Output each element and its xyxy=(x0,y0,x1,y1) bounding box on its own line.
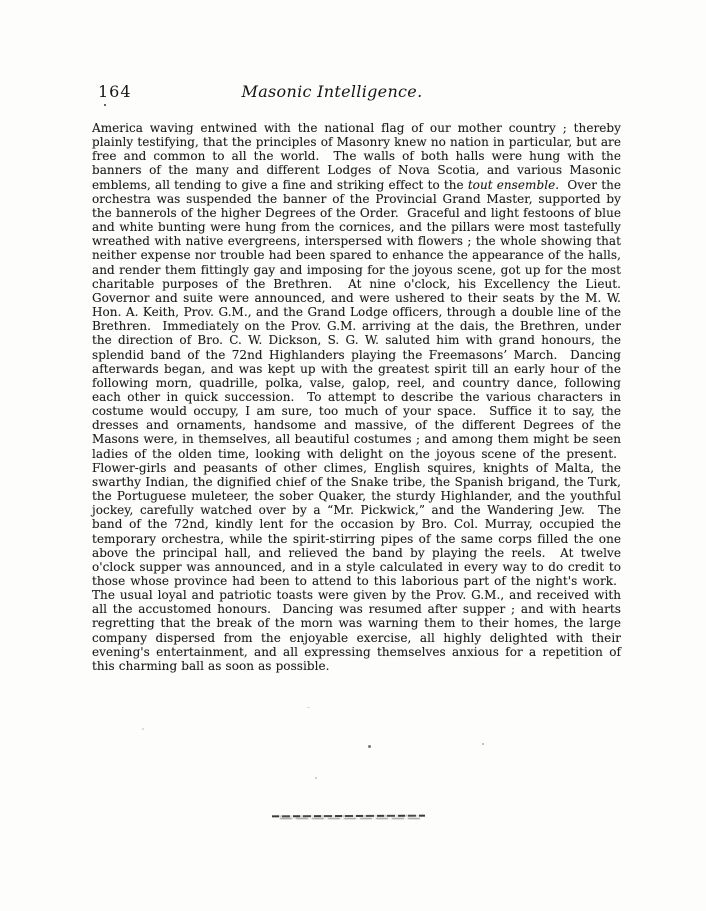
scan-speck xyxy=(315,777,317,779)
scan-speck xyxy=(368,745,371,748)
scan-speck xyxy=(307,707,310,708)
page-header: 164 Masonic Intelligence. xyxy=(92,82,620,104)
body-text-italic-phrase: tout ensemble. xyxy=(468,178,559,192)
page-number: 164 xyxy=(98,82,132,101)
page-title: Masonic Intelligence. xyxy=(242,82,423,101)
ink-speck xyxy=(104,104,106,106)
document-page: 164 Masonic Intelligence. America waving… xyxy=(0,0,706,911)
scan-speck xyxy=(482,743,484,745)
printers-rule xyxy=(272,815,425,818)
printers-rule-shadow xyxy=(280,818,420,819)
article-body: America waving entwined with the nationa… xyxy=(92,121,621,673)
body-text-part2: Over the orchestra was suspended the ban… xyxy=(92,178,621,673)
scan-speck xyxy=(142,728,144,730)
